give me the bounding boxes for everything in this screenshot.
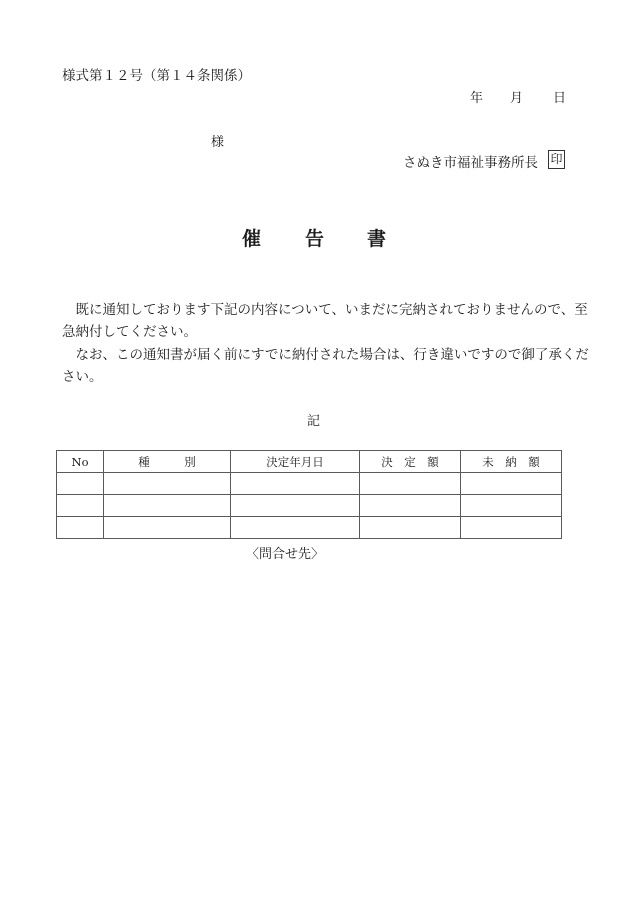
table-row	[57, 495, 562, 517]
header-type: 種 別	[104, 451, 231, 473]
recipient-suffix: 様	[211, 131, 224, 150]
table-row	[57, 473, 562, 495]
cell-unpaid-amount	[461, 495, 562, 517]
title-char-2: 告	[305, 224, 324, 251]
form-number: 様式第１２号（第１４条関係）	[62, 64, 251, 84]
cell-decision-date	[231, 495, 360, 517]
cell-decided-amount	[360, 517, 461, 539]
cell-type	[104, 473, 231, 495]
cell-no	[57, 473, 104, 495]
cell-type	[104, 495, 231, 517]
cell-unpaid-amount	[461, 517, 562, 539]
table-header-row: No 種 別 決定年月日 決 定 額 未 納 額	[57, 451, 562, 473]
body-paragraph-2: なお、この通知書が届く前にすでに納付された場合は、行き違いですので御了承ください…	[62, 344, 592, 388]
contact-label: 〈問合せ先〉	[246, 543, 324, 562]
cell-decision-date	[231, 473, 360, 495]
cell-decided-amount	[360, 473, 461, 495]
date-day-label: 日	[553, 87, 566, 106]
date-month-label: 月	[510, 87, 523, 106]
header-decided-amount: 決 定 額	[360, 451, 461, 473]
header-unpaid-amount: 未 納 額	[461, 451, 562, 473]
date-year-label: 年	[470, 87, 483, 106]
cell-unpaid-amount	[461, 473, 562, 495]
seal-mark: 印	[548, 150, 565, 169]
cell-no	[57, 495, 104, 517]
table-row	[57, 517, 562, 539]
title-char-3: 書	[367, 224, 386, 251]
title-char-1: 催	[242, 224, 261, 251]
sender-name: さぬき市福祉事務所長	[403, 151, 538, 171]
body-paragraph-1: 既に通知しております下記の内容について、いまだに完納されておりませんので、至急納…	[62, 299, 592, 343]
cell-no	[57, 517, 104, 539]
cell-decided-amount	[360, 495, 461, 517]
ki-label: 記	[307, 410, 320, 429]
header-no: No	[57, 451, 104, 473]
cell-decision-date	[231, 517, 360, 539]
arrears-table: No 種 別 決定年月日 決 定 額 未 納 額	[56, 450, 562, 539]
header-decision-date: 決定年月日	[231, 451, 360, 473]
cell-type	[104, 517, 231, 539]
